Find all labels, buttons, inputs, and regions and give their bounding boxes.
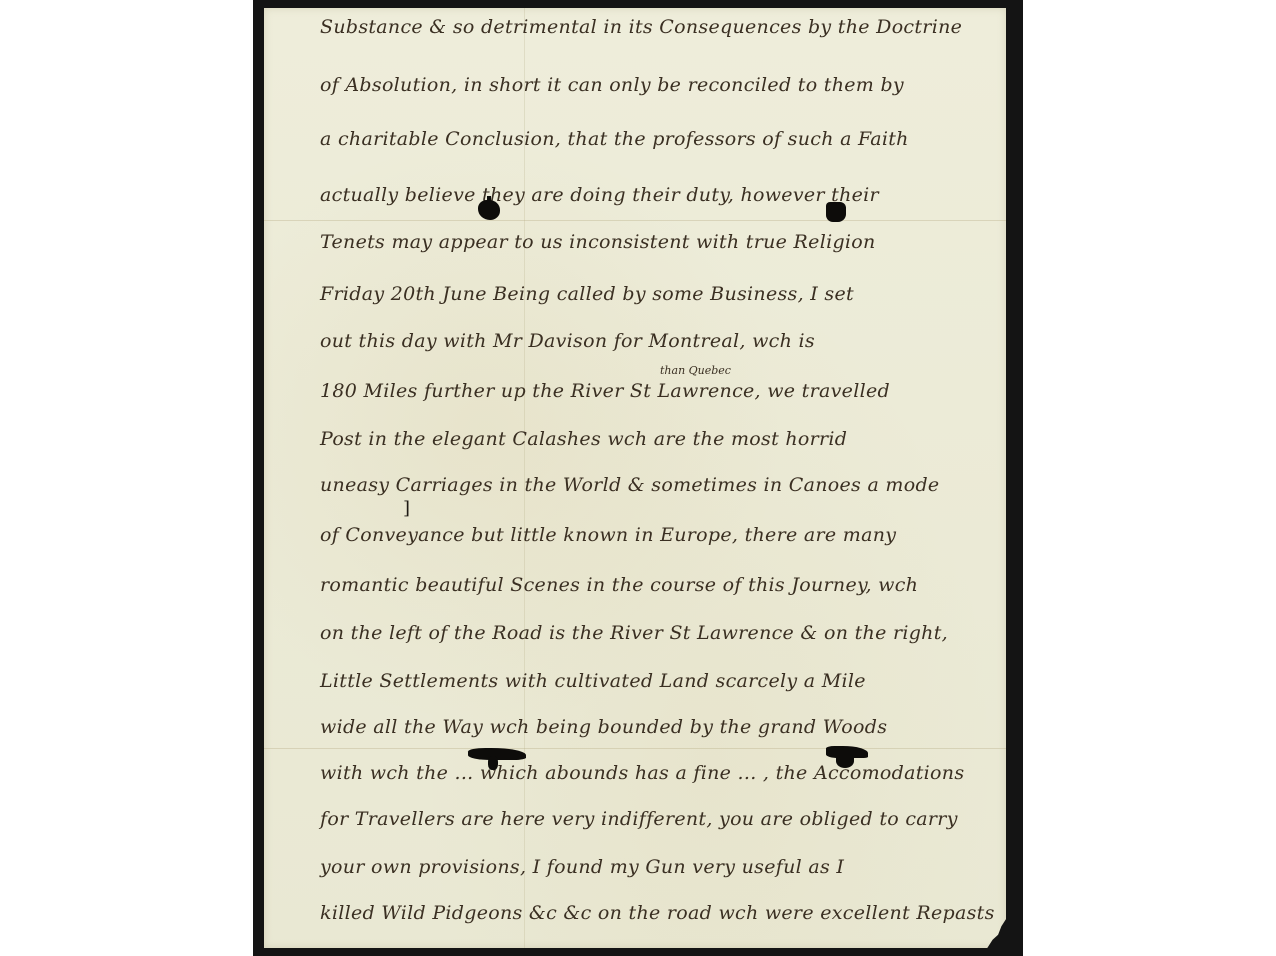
text-line-18: your own provisions, I found my Gun very… [320, 856, 844, 878]
paper-hole-upper-right [826, 202, 846, 222]
text-line-16: with wch the ... which abounds has a fin… [320, 762, 964, 784]
interlinear-insertion: than Quebec [660, 364, 731, 377]
text-line-2: of Absolution, in short it can only be r… [320, 74, 904, 96]
text-line-10: uneasy Carriages in the World & sometime… [320, 474, 939, 496]
fold-crease-lower [264, 748, 1006, 749]
text-line-12: romantic beautiful Scenes in the course … [320, 574, 918, 596]
text-line-5: Tenets may appear to us inconsistent wit… [320, 231, 876, 253]
paper-hole-lower-right-drip [836, 754, 854, 768]
fold-crease-upper [264, 220, 1006, 221]
text-line-19: killed Wild Pidgeons &c &c on the road w… [320, 902, 995, 924]
paper-hole-lower-left-drip [488, 756, 498, 770]
text-line-15: wide all the Way wch being bounded by th… [320, 716, 887, 738]
text-line-1: Substance & so detrimental in its Conseq… [320, 16, 962, 38]
text-line-4: actually believe they are doing their du… [320, 184, 879, 206]
text-line-6: Friday 20th June Being called by some Bu… [320, 283, 854, 305]
text-line-17: for Travellers are here very indifferent… [320, 808, 958, 830]
text-line-3: a charitable Conclusion, that the profes… [320, 128, 909, 150]
text-line-7: out this day with Mr Davison for Montrea… [320, 330, 815, 352]
text-line-8: 180 Miles further up the River St Lawren… [320, 380, 890, 402]
text-line-11: of Conveyance but little known in Europe… [320, 524, 896, 546]
bracket-mark: ] [403, 498, 410, 519]
text-line-14: Little Settlements with cultivated Land … [320, 670, 866, 692]
paper-hole-upper-left-tear [487, 196, 491, 206]
text-line-9: Post in the elegant Calashes wch are the… [320, 428, 847, 450]
text-line-13: on the left of the Road is the River St … [320, 622, 948, 644]
